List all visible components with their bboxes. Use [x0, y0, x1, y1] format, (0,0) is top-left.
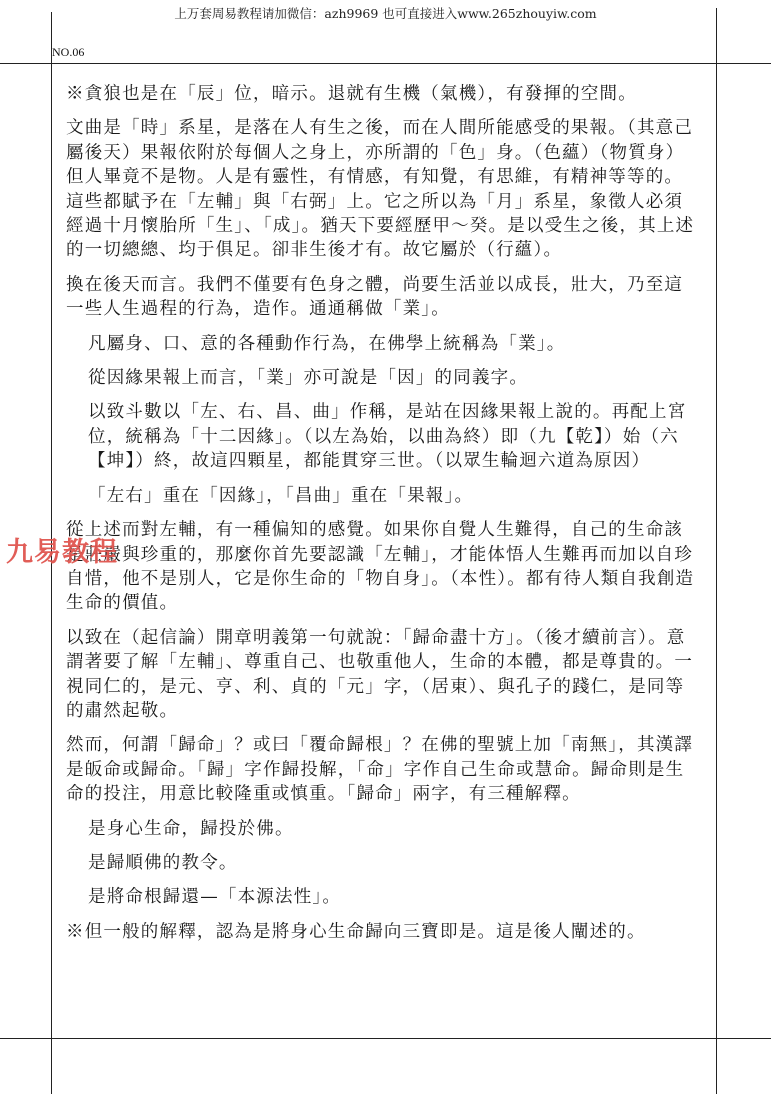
- frame-top-line: [0, 63, 771, 64]
- document-body: ※貪狼也是在「辰」位，暗示。退就有生機（氣機），有發揮的空間。 文曲是「時」系星…: [66, 82, 696, 954]
- frame-bottom-line: [0, 1038, 771, 1039]
- paragraph: ※貪狼也是在「辰」位，暗示。退就有生機（氣機），有發揮的空間。: [66, 82, 696, 106]
- paragraph: 文曲是「時」系星，是落在人有生之後，而在人間所能感受的果報。（其意己屬後天）果報…: [66, 116, 696, 262]
- paragraph: 然而，何謂「歸命」？或曰「覆命歸根」？在佛的聖號上加「南無」，其漢譯是皈命或歸命…: [66, 733, 696, 806]
- page-number: NO.06: [52, 45, 84, 60]
- indented-paragraph: 是歸順佛的教令。: [66, 851, 696, 875]
- watermark-logo: 九易教程: [6, 530, 118, 569]
- paragraph: 從上述而對左輔，有一種偏知的感覺。如果你自覺人生難得，自己的生命該是莊嚴與珍重的…: [66, 518, 696, 616]
- indented-paragraph: 「左右」重在「因緣」，「昌曲」重在「果報」。: [66, 484, 696, 508]
- indented-paragraph: 以致斗數以「左、右、昌、曲」作稱，是站在因緣果報上說的。再配上宮位，統稱為「十二…: [66, 400, 696, 473]
- header-banner: 上万套周易教程请加微信：azh9969 也可直接进入www.265zhouyiw…: [0, 4, 771, 22]
- indented-paragraph: 是身心生命，歸投於佛。: [66, 817, 696, 841]
- paragraph: 以致在（起信論）開章明義第一句就說：「歸命盡十方」。（後才續前言）。意謂著要了解…: [66, 626, 696, 724]
- paragraph: 換在後天而言。我們不僅要有色身之體，尚要生活並以成長，壯大，乃至這一些人生過程的…: [66, 273, 696, 322]
- indented-paragraph: 從因緣果報上而言，「業」亦可說是「因」的同義字。: [66, 366, 696, 390]
- indented-paragraph: 是將命根歸還—「本源法性」。: [66, 885, 696, 909]
- indented-paragraph: 凡屬身、口、意的各種動作行為，在佛學上統稱為「業」。: [66, 332, 696, 356]
- frame-right-line: [716, 8, 717, 1094]
- paragraph: ※但一般的解釋，認為是將身心生命歸向三寶即是。這是後人闡述的。: [66, 920, 696, 944]
